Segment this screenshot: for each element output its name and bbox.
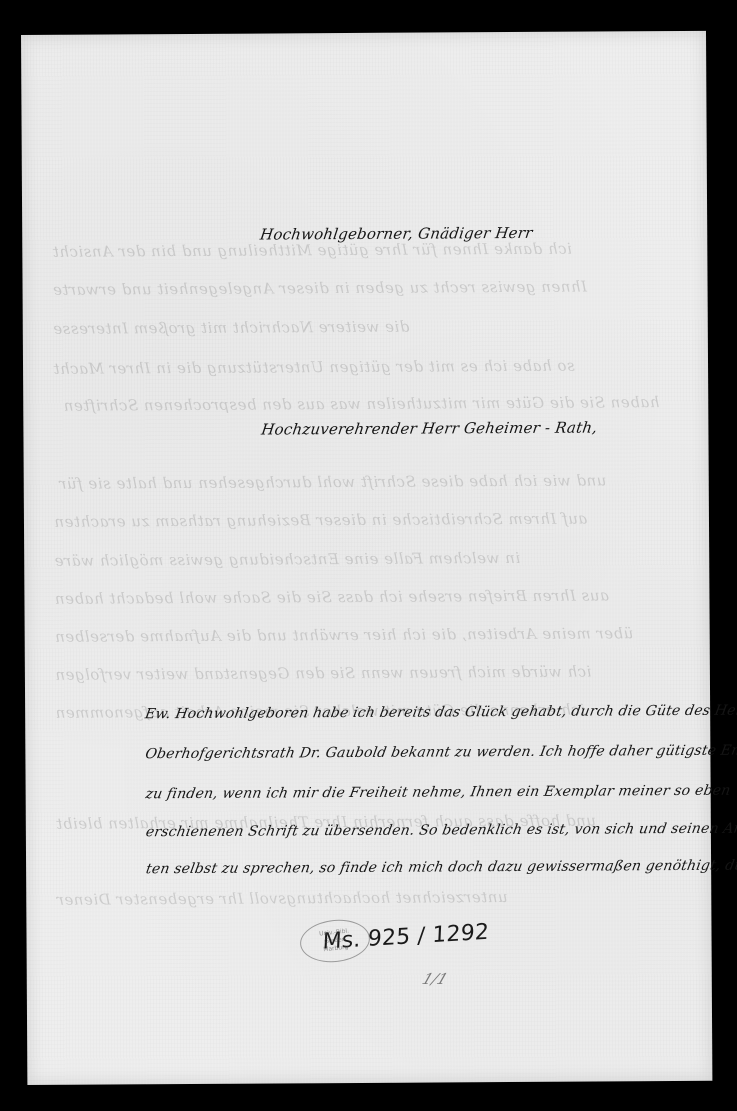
letter-body-line: Oberhofgerichtsrath Dr. Gaubold bekannt … — [144, 742, 737, 762]
salutation-line-1: Hochwohlgeborner, Gnädiger Herr — [259, 224, 534, 244]
bleed-through-line: unterzeichnet hochachtungsvoll Ihr ergeb… — [56, 888, 507, 909]
manuscript-page: ich danke Ihnen für Ihre gütige Mittheil… — [21, 31, 712, 1085]
bleed-through-line: aus Ihren Briefen ersehe ich dass Sie di… — [54, 586, 609, 607]
bleed-through-line: ich würde mich freuen wenn Sie den Gegen… — [55, 663, 592, 684]
letter-body-line: erschienenen Schrift zu übersenden. So b… — [145, 820, 737, 840]
letter-body-line: Ew. Hochwohlgeboren habe ich bereits das… — [144, 702, 737, 722]
bleed-through-line: über meine Arbeiten, die ich hier erwähn… — [55, 624, 634, 646]
bleed-through-line: in welchem Falle eine Entscheidung gewis… — [54, 549, 520, 570]
stamp-line: Marburg — [323, 944, 349, 955]
letter-body-line: ten selbst zu sprechen, so finde ich mic… — [145, 857, 737, 877]
bleed-through-line: haben Sie die Güte mir mitzutheilen was … — [63, 393, 659, 415]
salutation-line-2: Hochzuverehrender Herr Geheimer - Rath, — [260, 418, 598, 438]
bleed-through-line: die weitere Nachricht mit großem Interes… — [53, 318, 410, 338]
letter-body-line: zu finden, wenn ich mir die Freiheit neh… — [144, 783, 731, 803]
bleed-through-line: so habe ich es mit der gütigen Unterstüt… — [53, 357, 575, 378]
bleed-through-line: Ihnen gewiss recht zu geben in dieser An… — [53, 278, 588, 299]
bleed-through-line: und wie ich habe diese Schrift wohl durc… — [59, 471, 607, 492]
bleed-through-line: auf Ihrem Schreibtische in dieser Bezieh… — [54, 510, 587, 531]
